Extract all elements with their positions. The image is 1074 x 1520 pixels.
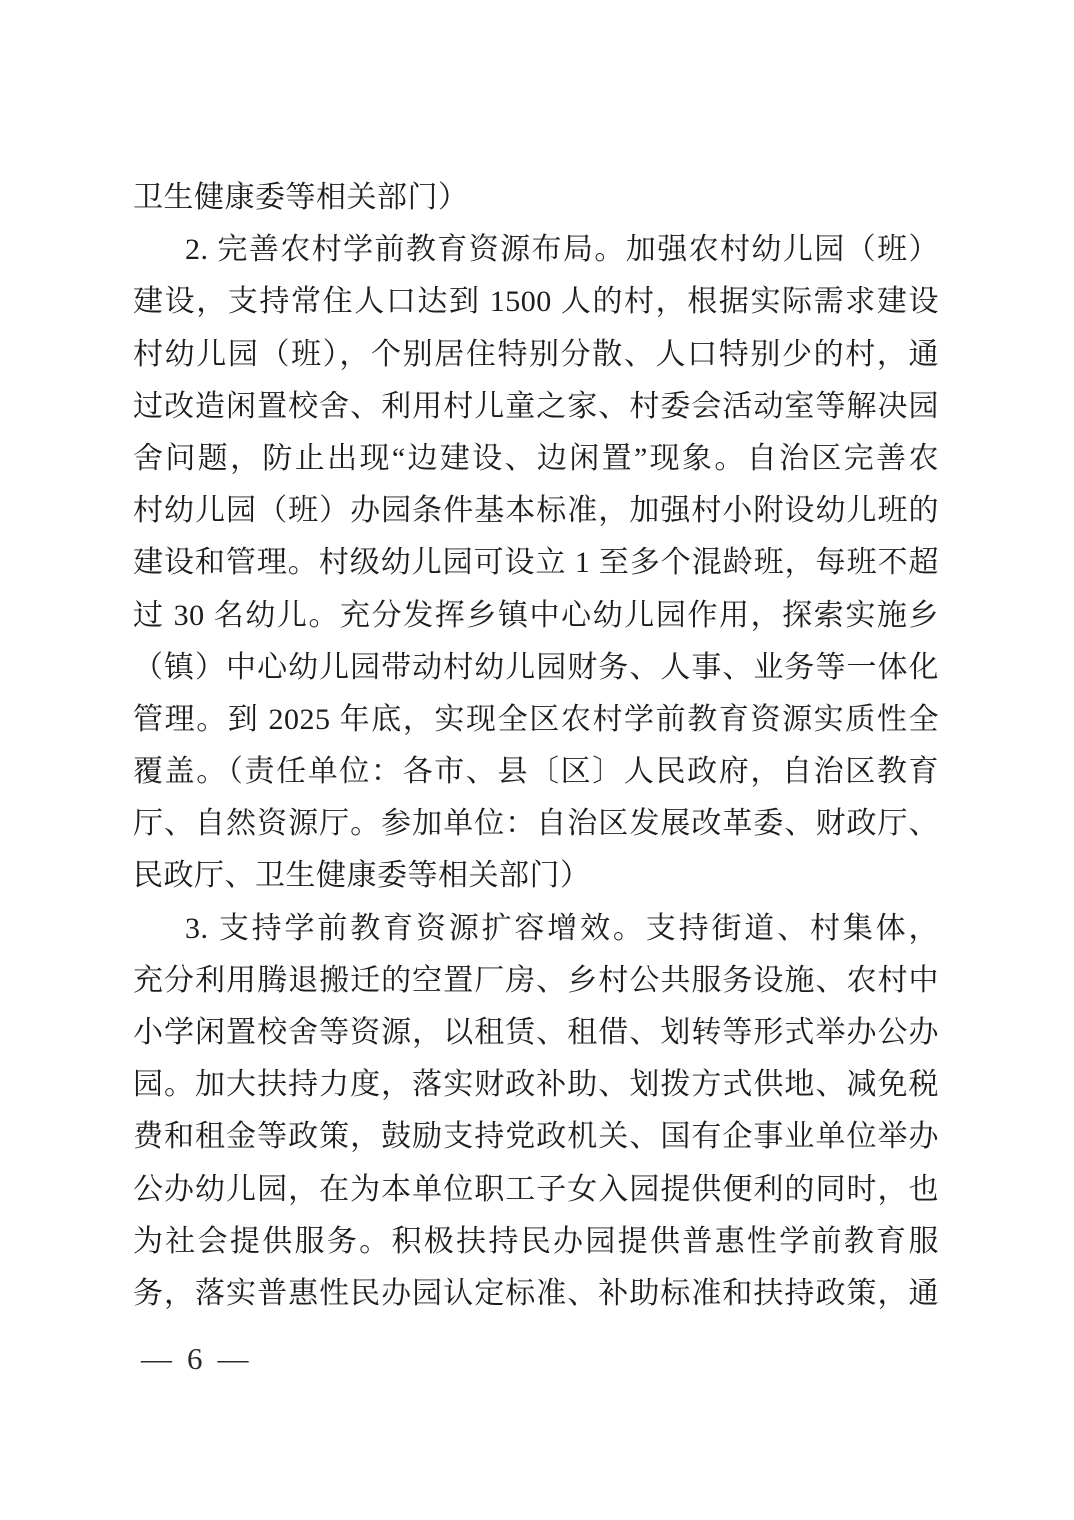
text-line-paragraph-3-start: 3. 支持学前教育资源扩容增效。支持街道、村集体， — [133, 903, 939, 955]
text-line-responsibility-unit: 民政厅、卫生健康委等相关部门） — [133, 850, 939, 902]
document-body: 卫生健康委等相关部门） 2. 完善农村学前教育资源布局。加强农村幼儿园（班） 建… — [133, 172, 939, 1320]
text-line: 过 30 名幼儿。充分发挥乡镇中心幼儿园作用，探索实施乡 — [133, 590, 939, 642]
text-line-responsibility-unit: 厅、自然资源厅。参加单位：自治区发展改革委、财政厅、 — [133, 798, 939, 850]
text-line-responsibility-unit: 覆盖。（责任单位：各市、县〔区〕人民政府，自治区教育 — [133, 746, 939, 798]
text-line: 建设和管理。村级幼儿园可设立 1 至多个混龄班，每班不超 — [133, 537, 939, 589]
page-number: 6 — [187, 1341, 204, 1376]
text-line: 管理。到 2025 年底，实现全区农村学前教育资源实质性全 — [133, 694, 939, 746]
text-line: 公办幼儿园，在为本单位职工子女入园提供便利的同时，也 — [133, 1164, 939, 1216]
text-line: 舍问题，防止出现“边建设、边闲置”现象。自治区完善农 — [133, 433, 939, 485]
text-line: 村幼儿园（班）办园条件基本标准，加强村小附设幼儿班的 — [133, 485, 939, 537]
footer-dash-right: — — [218, 1341, 250, 1376]
text-line: 园。加大扶持力度，落实财政补助、划拨方式供地、减免税 — [133, 1059, 939, 1111]
document-page: 卫生健康委等相关部门） 2. 完善农村学前教育资源布局。加强农村幼儿园（班） 建… — [0, 0, 1074, 1520]
text-line: 为社会提供服务。积极扶持民办园提供普惠性学前教育服 — [133, 1216, 939, 1268]
text-line: 过改造闲置校舍、利用村儿童之家、村委会活动室等解决园 — [133, 381, 939, 433]
text-line: 村幼儿园（班），个别居住特别分散、人口特别少的村，通 — [133, 329, 939, 381]
footer-dash-left: — — [141, 1341, 173, 1376]
text-line: 充分利用腾退搬迁的空置厂房、乡村公共服务设施、农村中 — [133, 955, 939, 1007]
text-line: 小学闲置校舍等资源，以租赁、租借、划转等形式举办公办 — [133, 1007, 939, 1059]
text-line: （镇）中心幼儿园带动村幼儿园财务、人事、业务等一体化 — [133, 642, 939, 694]
text-line: 费和租金等政策，鼓励支持党政机关、国有企事业单位举办 — [133, 1111, 939, 1163]
text-line: 务，落实普惠性民办园认定标准、补助标准和扶持政策，通 — [133, 1268, 939, 1320]
text-line-paragraph-2-start: 2. 完善农村学前教育资源布局。加强农村幼儿园（班） — [133, 224, 939, 276]
text-line: 建设，支持常住人口达到 1500 人的村，根据实际需求建设 — [133, 276, 939, 328]
text-line: 卫生健康委等相关部门） — [133, 172, 939, 224]
page-footer: —6— — [141, 1337, 250, 1381]
